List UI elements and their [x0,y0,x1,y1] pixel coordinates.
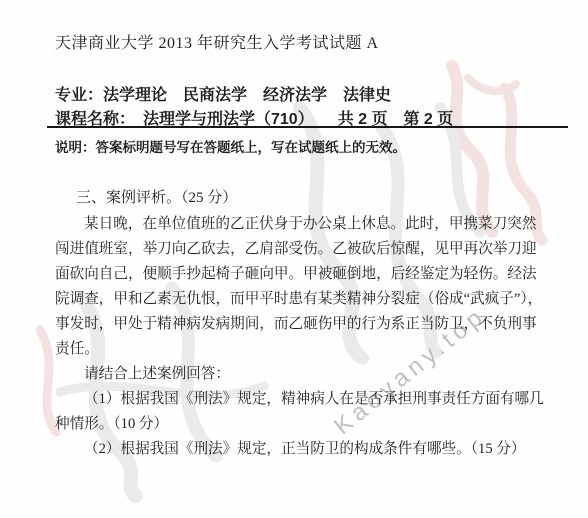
case-text-line: 面砍向自己，便顺手抄起椅子砸向甲。甲被砸倒地，后经鉴定为轻伤。经法 [55,262,555,287]
case-text-line: 事发时，甲处于精神病发病期间，而乙砸伤甲的行为系正当防卫，不负刑事 [55,312,555,337]
question-2-line: （2）根据我国《刑法》规定，正当防卫的构成条件有哪些。（15 分） [55,437,555,462]
section-heading: 三、案例评析。（25 分） [76,186,237,207]
instructions-line: 说明：答案标明题号写在答题纸上，写在试题纸上的无效。 [55,136,406,156]
case-text-line: 某日晚，在单位值班的乙正伏身于办公桌上休息。此时，甲携菜刀突然 [55,212,555,237]
question-intro-line: 请结合上述案例回答： [55,362,555,387]
question-1-line: （1）根据我国《刑法》规定，精神病人在是否承担刑事责任方面有哪几 [55,387,555,412]
question-1-line: 种情形。（10 分） [55,412,555,437]
case-text-line: 院调查，甲和乙素无仇恨，而甲平时患有某类精神分裂症（俗成“武疯子”）， [55,287,555,312]
case-text-line: 责任。 [55,337,555,362]
major-line: 专业：法学理论 民商法学 经济法学 法律史 [55,82,391,105]
exam-title: 天津商业大学 2013 年研究生入学考试试题 A [55,30,379,53]
case-text-line: 闯进值班室，举刀向乙砍去，乙肩部受伤。乙被砍后惊醒，见甲再次举刀迎 [55,237,555,262]
case-text-block: 某日晚，在单位值班的乙正伏身于办公桌上休息。此时，甲携菜刀突然 闯进值班室，举刀… [55,212,555,462]
header-divider [47,126,568,128]
exam-paper-page: Kaoyany.top 天津商业大学 2013 年研究生入学考试试题 A 专业：… [0,0,588,518]
